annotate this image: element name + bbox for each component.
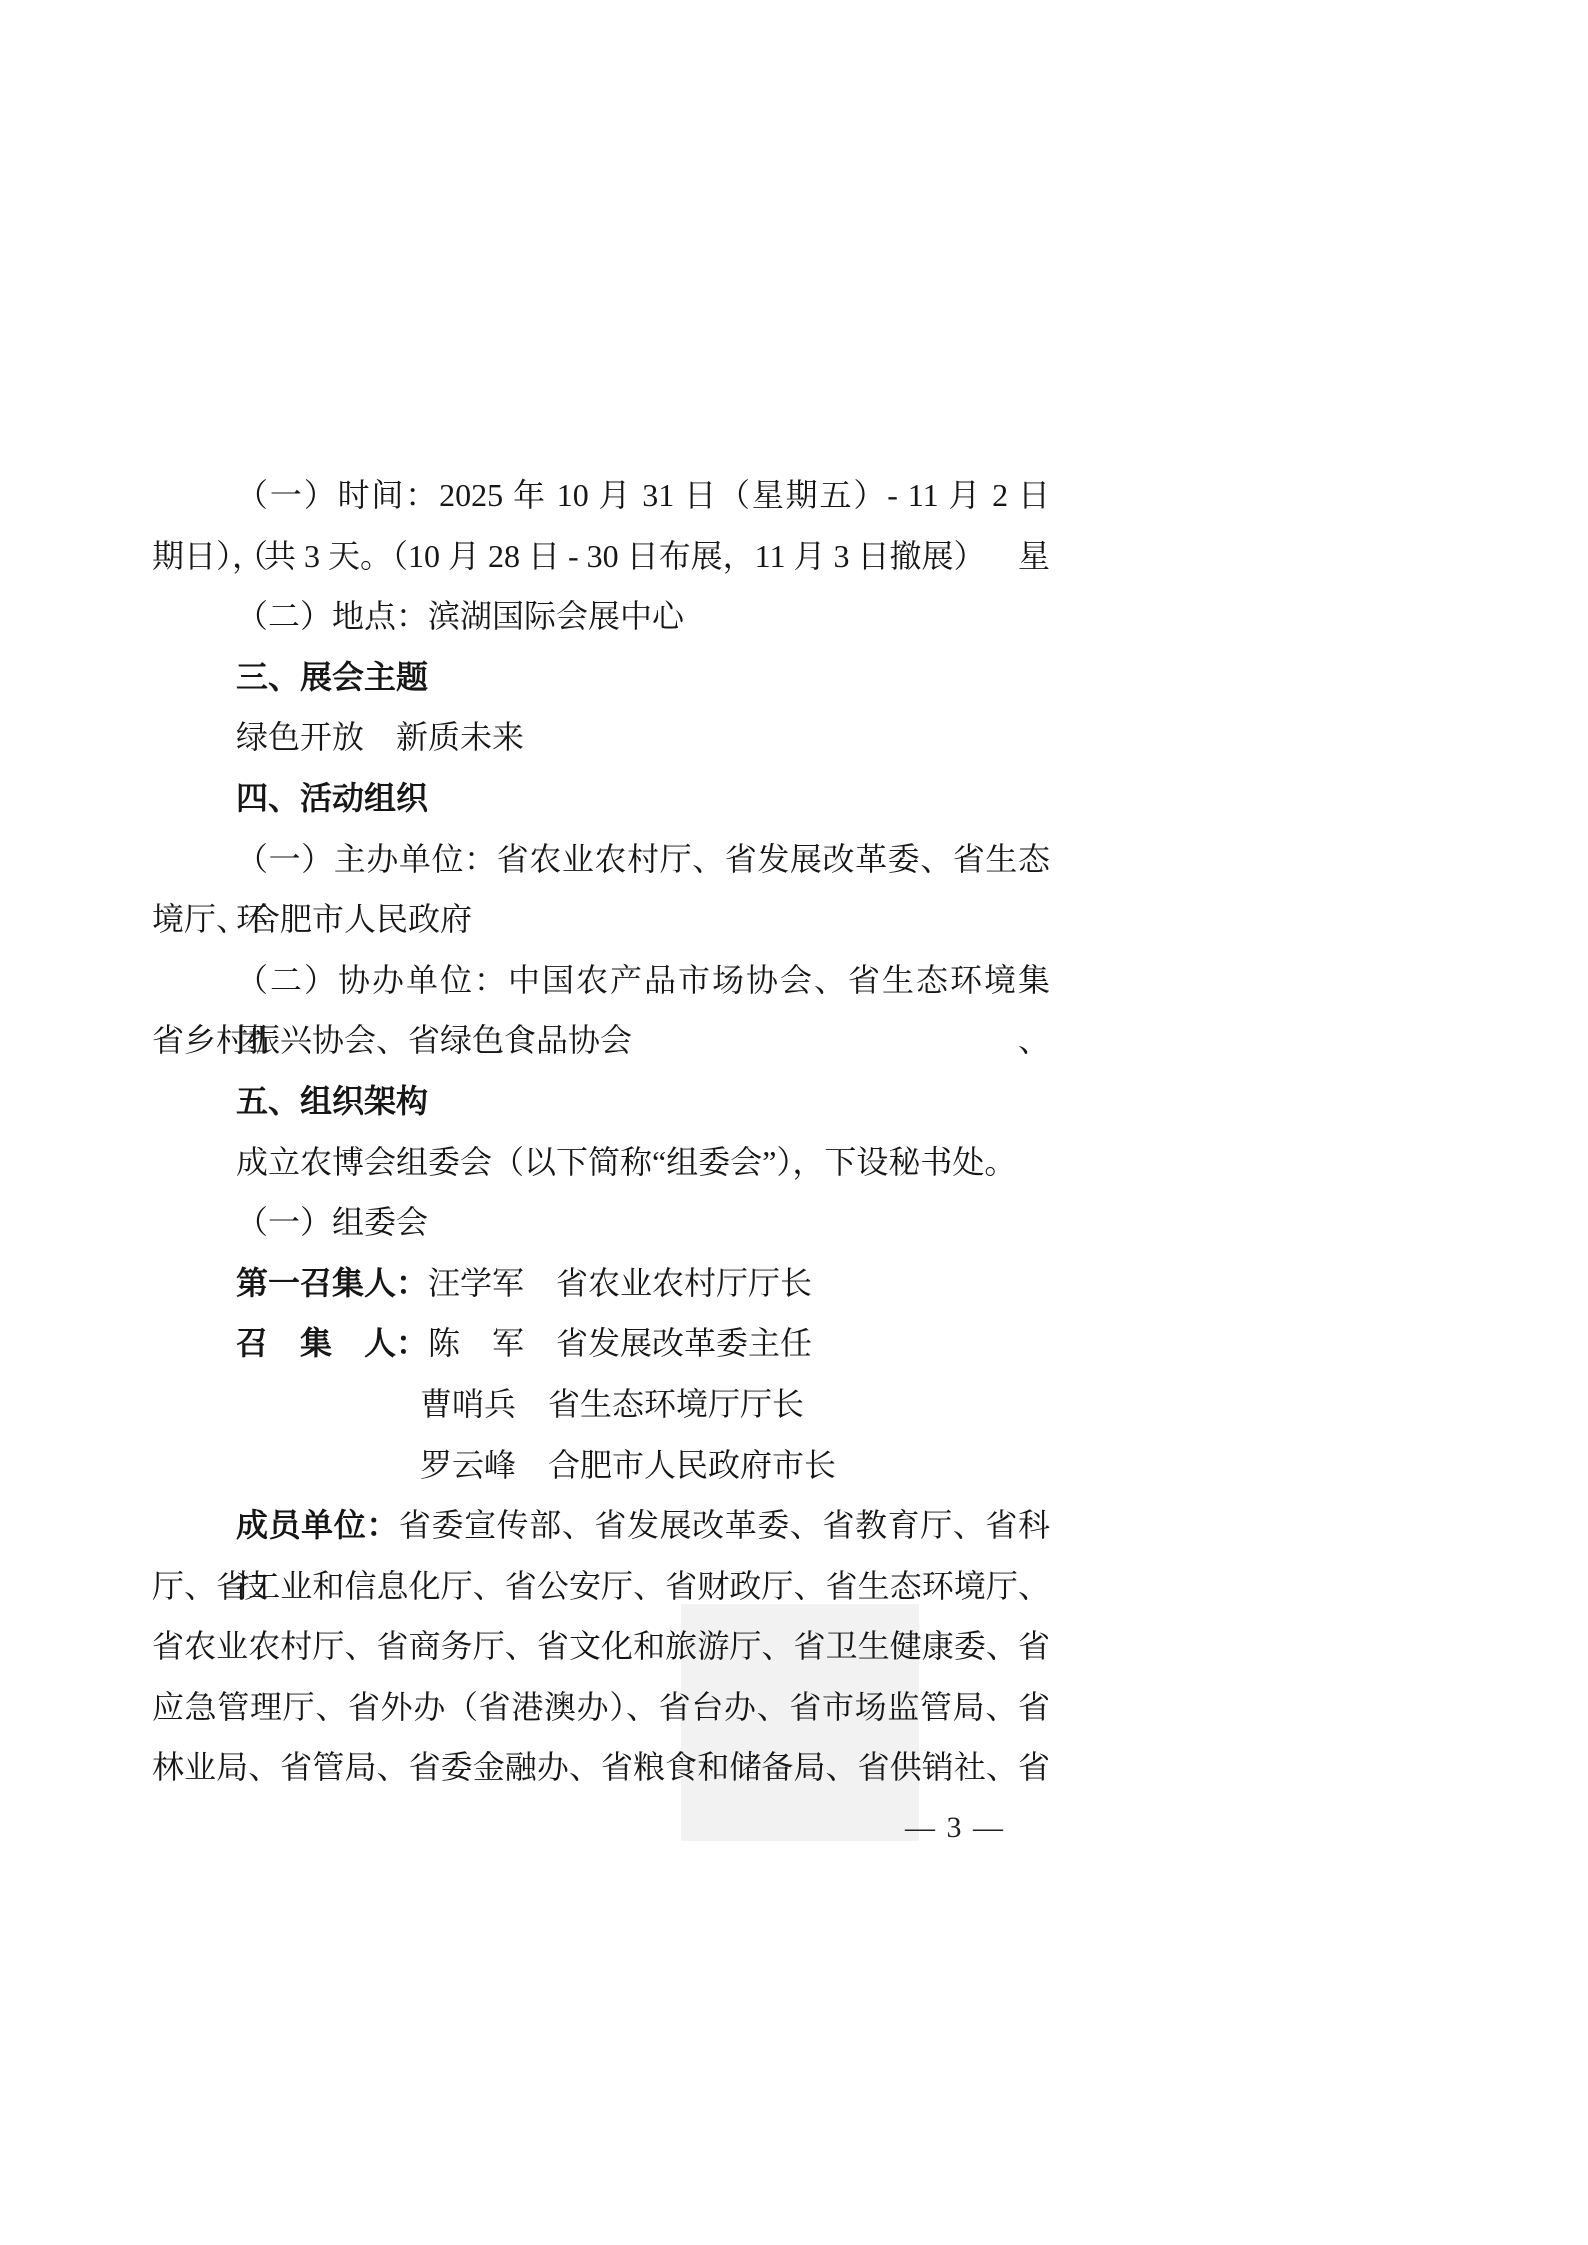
page-number: — 3 — <box>0 1798 1005 1858</box>
co-organizer-units-line-1: （二）协办单位：中国农产品市场协会、省生态环境集团、 <box>152 950 1050 1011</box>
host-units-line-2: 境厅、合肥市人民政府 <box>152 889 1050 950</box>
document-page: （一）时间：2025 年 10 月 31 日（星期五）- 11 月 2 日（星 … <box>0 0 1588 2245</box>
section-heading-activity-organization: 四、活动组织 <box>152 768 1050 829</box>
venue-line: （二）地点：滨湖国际会展中心 <box>152 586 1050 647</box>
convener-line-3: 罗云峰 合肥市人民政府市长 <box>152 1435 1050 1496</box>
time-paragraph-line-1: （一）时间：2025 年 10 月 31 日（星期五）- 11 月 2 日（星 <box>152 465 1050 526</box>
host-units-line-1: （一）主办单位：省农业农村厅、省发展改革委、省生态环 <box>152 829 1050 890</box>
first-convener-line: 第一召集人：汪学军 省农业农村厅厅长 <box>152 1253 1050 1314</box>
convener-label: 召 集 人： <box>236 1325 428 1361</box>
document-body: （一）时间：2025 年 10 月 31 日（星期五）- 11 月 2 日（星 … <box>152 465 1050 1798</box>
first-convener-value: 汪学军 省农业农村厅厅长 <box>428 1265 812 1301</box>
member-units-line-1: 成员单位：省委宣传部、省发展改革委、省教育厅、省科技 <box>152 1495 1050 1556</box>
subsection-committee: （一）组委会 <box>152 1192 1050 1253</box>
section-heading-organization-structure: 五、组织架构 <box>152 1071 1050 1132</box>
first-convener-label: 第一召集人： <box>236 1265 428 1301</box>
member-units-line-3: 省农业农村厅、省商务厅、省文化和旅游厅、省卫生健康委、省 <box>152 1616 1050 1677</box>
committee-intro-line: 成立农博会组委会（以下简称“组委会”），下设秘书处。 <box>152 1132 1050 1193</box>
convener-value-1: 陈 军 省发展改革委主任 <box>428 1325 812 1361</box>
member-units-line-2: 厅、省工业和信息化厅、省公安厅、省财政厅、省生态环境厅、 <box>152 1556 1050 1617</box>
member-units-label: 成员单位： <box>236 1507 399 1543</box>
convener-line-2: 曹哨兵 省生态环境厅厅长 <box>152 1374 1050 1435</box>
member-units-line-5: 林业局、省管局、省委金融办、省粮食和储备局、省供销社、省 <box>152 1737 1050 1798</box>
member-units-line-4: 应急管理厅、省外办（省港澳办）、省台办、省市场监管局、省 <box>152 1677 1050 1738</box>
time-paragraph-line-2: 期日），共 3 天。（10 月 28 日 - 30 日布展，11 月 3 日撤展… <box>152 526 1050 587</box>
section-heading-theme: 三、展会主题 <box>152 647 1050 708</box>
theme-text: 绿色开放 新质未来 <box>152 707 1050 768</box>
convener-line-1: 召 集 人：陈 军 省发展改革委主任 <box>152 1313 1050 1374</box>
